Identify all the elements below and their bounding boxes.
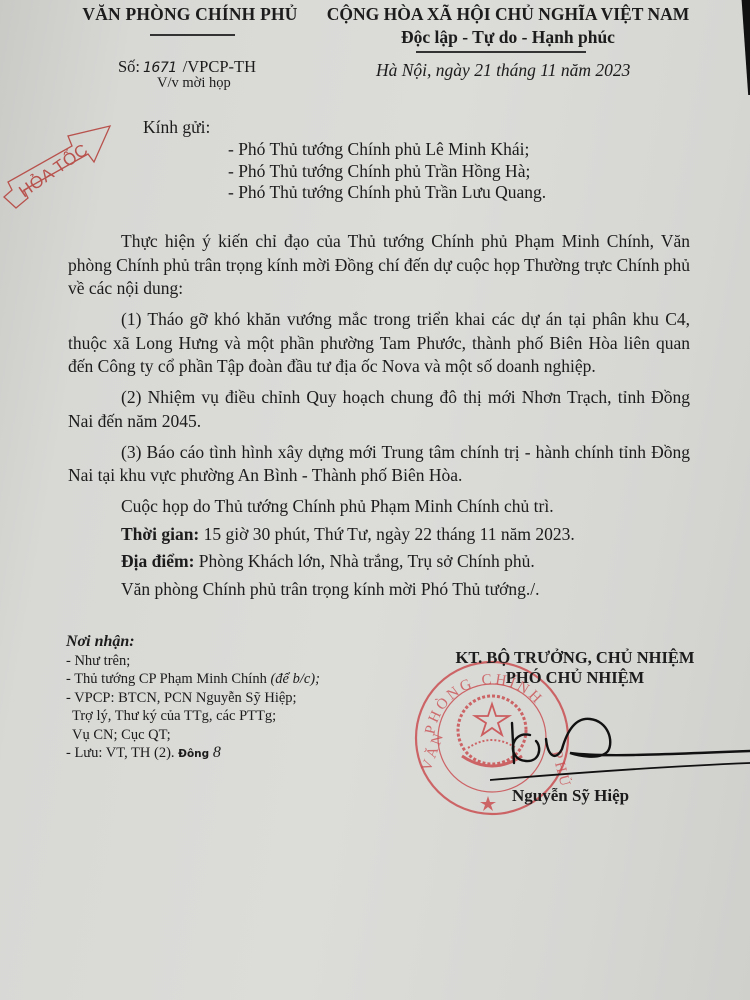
signature-title-line1: KT. BỘ TRƯỞNG, CHỦ NHIỆM	[430, 648, 720, 668]
venue-paragraph: Địa điểm: Phòng Khách lớn, Nhà trắng, Tr…	[68, 550, 690, 574]
country-name: CỘNG HÒA XÃ HỘI CHỦ NGHĨA VIỆT NAM	[318, 4, 698, 25]
photo-edge-shadow	[738, 0, 750, 95]
time-label: Thời gian:	[121, 524, 199, 544]
signature-title: KT. BỘ TRƯỞNG, CHỦ NHIỆM PHÓ CHỦ NHIỆM	[430, 648, 720, 688]
agenda-item: (2) Nhiệm vụ điều chỉnh Quy hoạch chung …	[68, 386, 690, 433]
document-subject: V/v mời họp	[157, 75, 231, 92]
chair-paragraph: Cuộc họp do Thủ tướng Chính phủ Phạm Min…	[68, 495, 690, 519]
distribution-text: - Thủ tướng CP Phạm Minh Chính	[66, 671, 270, 687]
issuer-name: VĂN PHÒNG CHÍNH PHỦ	[60, 4, 320, 25]
national-motto: Độc lập - Tự do - Hạnh phúc	[318, 27, 698, 48]
distribution-item: Trợ lý, Thư ký của TTg, các PTTg;	[66, 707, 320, 726]
handwritten-signature	[490, 705, 750, 795]
distribution-item: - VPCP: BTCN, PCN Nguyễn Sỹ Hiệp;	[66, 689, 320, 708]
venue-label: Địa điểm:	[121, 551, 194, 571]
addressee-item: - Phó Thủ tướng Chính phủ Lê Minh Khái;	[228, 139, 546, 161]
document-number: Số:1671/VPCP-TH	[118, 57, 256, 77]
agenda-item: (1) Tháo gỡ khó khăn vướng mắc trong tri…	[68, 308, 690, 379]
number-handwritten: 1671	[143, 60, 177, 76]
handwritten-count: 8	[213, 744, 221, 761]
distribution-item: - Như trên;	[66, 652, 320, 671]
distribution-note: (để b/c);	[270, 671, 320, 687]
place-date: Hà Nội, ngày 21 tháng 11 năm 2023	[376, 60, 630, 81]
urgent-stamp: HỎA TỐC	[2, 112, 122, 212]
intro-paragraph: Thực hiện ý kiến chỉ đạo của Thủ tướng C…	[68, 230, 690, 301]
distribution-item: - Thủ tướng CP Phạm Minh Chính (để b/c);	[66, 670, 320, 689]
motto-underline	[416, 51, 586, 53]
seal-text-left: VĂN	[418, 729, 448, 774]
agenda-item: (3) Báo cáo tình hình xây dựng mới Trung…	[68, 441, 690, 488]
clerk-name: Đông	[178, 748, 209, 760]
national-header: CỘNG HÒA XÃ HỘI CHỦ NGHĨA VIỆT NAM Độc l…	[318, 4, 698, 48]
venue-value: Phòng Khách lớn, Nhà trắng, Trụ sở Chính…	[194, 551, 534, 571]
addressee-list: - Phó Thủ tướng Chính phủ Lê Minh Khái; …	[228, 139, 546, 204]
arrow-stamp-icon: HỎA TỐC	[2, 112, 122, 212]
letter-body: Thực hiện ý kiến chỉ đạo của Thủ tướng C…	[68, 230, 690, 609]
signer-name: Nguyễn Sỹ Hiệp	[512, 786, 629, 806]
time-value: 15 giờ 30 phút, Thứ Tư, ngày 22 tháng 11…	[199, 524, 574, 544]
distribution-list: Nơi nhận: - Như trên; - Thủ tướng CP Phạ…	[66, 633, 320, 764]
number-suffix: /VPCP-TH	[183, 57, 256, 76]
addressee-label: Kính gửi:	[143, 117, 210, 138]
distribution-title: Nơi nhận:	[66, 633, 320, 652]
signature-icon	[490, 705, 750, 795]
addressee-item: - Phó Thủ tướng Chính phủ Trần Hồng Hà;	[228, 161, 546, 183]
number-label: Số:	[118, 57, 140, 76]
issuer-underline	[150, 34, 235, 36]
urgent-stamp-text: HỎA TỐC	[15, 139, 92, 201]
time-paragraph: Thời gian: 15 giờ 30 phút, Thứ Tư, ngày …	[68, 523, 690, 547]
distribution-item: Vụ CN; Cục QT;	[66, 726, 320, 745]
distribution-text: - Lưu: VT, TH (2).	[66, 745, 178, 761]
distribution-item: - Lưu: VT, TH (2). Đông 8	[66, 744, 320, 764]
closing-paragraph: Văn phòng Chính phủ trân trọng kính mời …	[68, 578, 690, 602]
signature-title-line2: PHÓ CHỦ NHIỆM	[430, 668, 720, 688]
addressee-item: - Phó Thủ tướng Chính phủ Trần Lưu Quang…	[228, 182, 546, 204]
